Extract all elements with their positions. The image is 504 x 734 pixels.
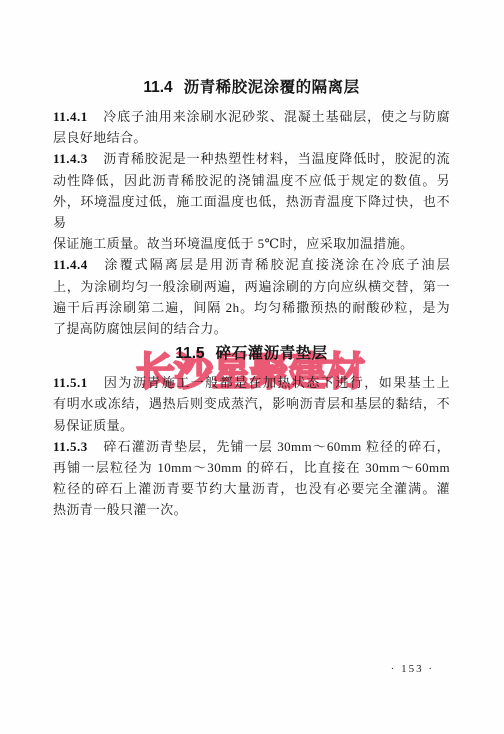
clause-paragraph: 11.5.3碎石灌沥青垫层，先铺一层 30mm～60mm 粒径的碎石，再铺一层粒… xyxy=(53,436,450,521)
text-line: 有明水或冻结，遇热后则变成蒸汽，影响沥青层和基层的黏结，不 xyxy=(53,393,450,414)
text-line: 11.4.1冷底子油用来涂刷水泥砂浆、混凝土基础层，使之与防腐 xyxy=(53,106,450,127)
book-page: 长沙星聚建材 11.4沥青稀胶泥涂覆的隔离层11.4.1冷底子油用来涂刷水泥砂浆… xyxy=(0,0,504,734)
section-heading: 11.4沥青稀胶泥涂覆的隔离层 xyxy=(53,76,450,100)
text-line: 遍干后再涂刷第二遍，间隔 2h。均匀稀撒预热的耐酸砂粒，是为 xyxy=(53,297,450,318)
clause-paragraph: 11.4.4涂覆式隔离层是用沥青稀胶泥直接浇涂在冷底子油层上，为涂刷均匀一般涂刷… xyxy=(53,254,450,339)
section-number: 11.5 xyxy=(175,345,204,362)
text-line: 动性降低，因此沥青稀胶泥的浇铺温度不应低于规定的数值。另 xyxy=(53,170,450,191)
text-line: 保证施工质量。故当环境温度低于 5℃时，应采取加温措施。 xyxy=(53,233,450,254)
section-number: 11.4 xyxy=(143,79,172,96)
text-line: 外，环境温度过低，施工面温度也低，热沥青温度下降过快，也不易 xyxy=(53,191,450,233)
text-line: 再铺一层粒径为 10mm～30mm 的碎石，比直接在 30mm～60mm xyxy=(53,457,450,478)
text-line: 11.5.3碎石灌沥青垫层，先铺一层 30mm～60mm 粒径的碎石， xyxy=(53,436,450,457)
text-line: 11.4.4涂覆式隔离层是用沥青稀胶泥直接浇涂在冷底子油层 xyxy=(53,254,450,275)
page-number: · 153 · xyxy=(391,663,434,675)
text-line: 上，为涂刷均匀一般涂刷两遍，两遍涂刷的方向应纵横交替，第一 xyxy=(53,276,450,297)
text-line: 11.5.1因为沥青施工一般都是在加热状态下进行，如果基土上 xyxy=(53,372,450,393)
clause-number: 11.4.4 xyxy=(53,257,88,272)
text-line: 了提高防腐蚀层间的结合力。 xyxy=(53,318,450,339)
clause-number: 11.4.3 xyxy=(53,151,88,166)
text-line: 粒径的碎石上灌沥青要节约大量沥青，也没有必要完全灌满。灌 xyxy=(53,478,450,499)
page-content: 11.4沥青稀胶泥涂覆的隔离层11.4.1冷底子油用来涂刷水泥砂浆、混凝土基础层… xyxy=(53,0,450,521)
clause-number: 11.5.3 xyxy=(53,439,88,454)
section-title: 沥青稀胶泥涂覆的隔离层 xyxy=(184,79,360,96)
text-line: 层良好地结合。 xyxy=(53,127,450,148)
page-number-text: · 153 · xyxy=(391,663,434,675)
clause-number: 11.5.1 xyxy=(53,375,88,390)
section-heading: 11.5碎石灌沥青垫层 xyxy=(53,342,450,366)
text-line: 热沥青一般只灌一次。 xyxy=(53,499,450,520)
clause-paragraph: 11.4.1冷底子油用来涂刷水泥砂浆、混凝土基础层，使之与防腐层良好地结合。 xyxy=(53,106,450,148)
clause-paragraph: 11.4.3沥青稀胶泥是一种热塑性材料，当温度降低时，胶泥的流动性降低，因此沥青… xyxy=(53,148,450,254)
section-title: 碎石灌沥青垫层 xyxy=(216,345,328,362)
text-line: 11.4.3沥青稀胶泥是一种热塑性材料，当温度降低时，胶泥的流 xyxy=(53,148,450,169)
clause-number: 11.4.1 xyxy=(53,109,88,124)
text-line: 易保证质量。 xyxy=(53,415,450,436)
clause-paragraph: 11.5.1因为沥青施工一般都是在加热状态下进行，如果基土上有明水或冻结，遇热后… xyxy=(53,372,450,436)
